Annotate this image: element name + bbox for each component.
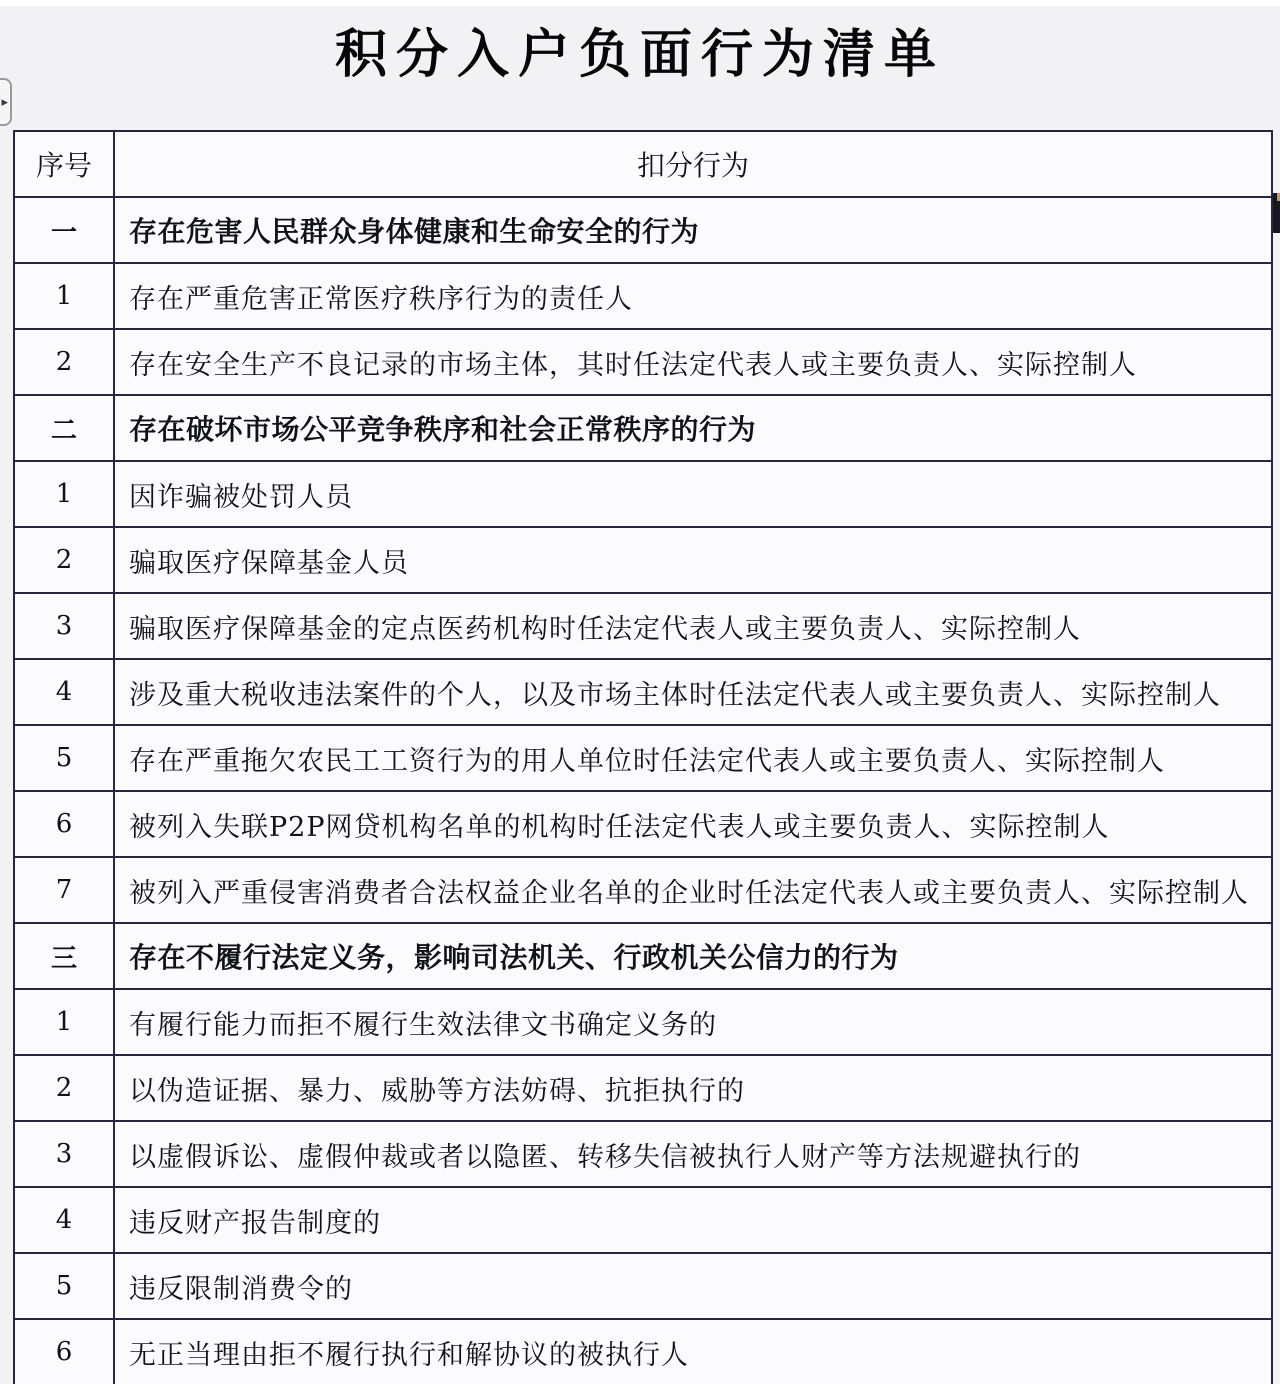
row-behavior: 存在严重拖欠农民工工资行为的用人单位时任法定代表人或主要负责人、实际控制人 xyxy=(114,725,1272,791)
row-number: 6 xyxy=(14,791,114,857)
row-number: 4 xyxy=(14,1187,114,1253)
table-row: 3 骗取医疗保障基金的定点医药机构时任法定代表人或主要负责人、实际控制人 xyxy=(14,593,1272,659)
row-number: 三 xyxy=(14,923,114,989)
row-behavior: 违反财产报告制度的 xyxy=(114,1187,1272,1253)
row-number: 1 xyxy=(14,263,114,329)
row-behavior: 有履行能力而拒不履行生效法律文书确定义务的 xyxy=(114,989,1272,1055)
table-row: 7 被列入严重侵害消费者合法权益企业名单的企业时任法定代表人或主要负责人、实际控… xyxy=(14,857,1272,923)
row-behavior: 存在安全生产不良记录的市场主体，其时任法定代表人或主要负责人、实际控制人 xyxy=(114,329,1272,395)
table-row: 2 骗取医疗保障基金人员 xyxy=(14,527,1272,593)
row-behavior: 以虚假诉讼、虚假仲裁或者以隐匿、转移失信被执行人财产等方法规避执行的 xyxy=(114,1121,1272,1187)
row-number: 3 xyxy=(14,1121,114,1187)
row-behavior: 骗取医疗保障基金人员 xyxy=(114,527,1272,593)
table-row: 6 无正当理由拒不履行执行和解协议的被执行人 xyxy=(14,1319,1272,1384)
table-row: 2 存在安全生产不良记录的市场主体，其时任法定代表人或主要负责人、实际控制人 xyxy=(14,329,1272,395)
row-number: 1 xyxy=(14,989,114,1055)
row-number: 5 xyxy=(14,725,114,791)
page-title: 积分入户负面行为清单 xyxy=(0,12,1280,87)
row-behavior: 涉及重大税收违法案件的个人，以及市场主体时任法定代表人或主要负责人、实际控制人 xyxy=(114,659,1272,725)
row-behavior: 骗取医疗保障基金的定点医药机构时任法定代表人或主要负责人、实际控制人 xyxy=(114,593,1272,659)
row-number: 7 xyxy=(14,857,114,923)
row-behavior: 无正当理由拒不履行执行和解协议的被执行人 xyxy=(114,1319,1272,1384)
row-behavior: 以伪造证据、暴力、威胁等方法妨碍、抗拒执行的 xyxy=(114,1055,1272,1121)
table-row: 2 以伪造证据、暴力、威胁等方法妨碍、抗拒执行的 xyxy=(14,1055,1272,1121)
table-row: 1 因诈骗被处罚人员 xyxy=(14,461,1272,527)
table-row: 3 以虚假诉讼、虚假仲裁或者以隐匿、转移失信被执行人财产等方法规避执行的 xyxy=(14,1121,1272,1187)
row-number: 4 xyxy=(14,659,114,725)
row-number: 6 xyxy=(14,1319,114,1384)
table-row-section: 二 存在破坏市场公平竞争秩序和社会正常秩序的行为 xyxy=(14,395,1272,461)
header-behavior: 扣分行为 xyxy=(114,131,1272,197)
negative-behavior-table: 序号 扣分行为 一 存在危害人民群众身体健康和生命安全的行为 1 存在严重危害正… xyxy=(13,130,1273,1384)
row-behavior: 违反限制消费令的 xyxy=(114,1253,1272,1319)
table-header-row: 序号 扣分行为 xyxy=(14,131,1272,197)
table-row: 1 有履行能力而拒不履行生效法律文书确定义务的 xyxy=(14,989,1272,1055)
row-behavior: 被列入严重侵害消费者合法权益企业名单的企业时任法定代表人或主要负责人、实际控制人 xyxy=(114,857,1272,923)
table-row: 4 涉及重大税收违法案件的个人，以及市场主体时任法定代表人或主要负责人、实际控制… xyxy=(14,659,1272,725)
row-behavior: 存在危害人民群众身体健康和生命安全的行为 xyxy=(114,197,1272,263)
table-row-section: 一 存在危害人民群众身体健康和生命安全的行为 xyxy=(14,197,1272,263)
table-row: 6 被列入失联P2P网贷机构名单的机构时任法定代表人或主要负责人、实际控制人 xyxy=(14,791,1272,857)
table-row-section: 三 存在不履行法定义务，影响司法机关、行政机关公信力的行为 xyxy=(14,923,1272,989)
row-number: 二 xyxy=(14,395,114,461)
row-number: 3 xyxy=(14,593,114,659)
row-number: 2 xyxy=(14,527,114,593)
row-behavior: 存在不履行法定义务，影响司法机关、行政机关公信力的行为 xyxy=(114,923,1272,989)
row-behavior: 存在严重危害正常医疗秩序行为的责任人 xyxy=(114,263,1272,329)
row-behavior: 因诈骗被处罚人员 xyxy=(114,461,1272,527)
row-number: 2 xyxy=(14,329,114,395)
header-serial-number: 序号 xyxy=(14,131,114,197)
panel-handle[interactable]: ▸ xyxy=(0,78,12,126)
row-number: 2 xyxy=(14,1055,114,1121)
chevron-right-icon: ▸ xyxy=(1,96,8,109)
row-number: 1 xyxy=(14,461,114,527)
row-number: 5 xyxy=(14,1253,114,1319)
document-page: 积分入户负面行为清单 ▸ 序号 扣分行为 一 存在危害人民群众身体健康和生命安全… xyxy=(0,0,1280,1384)
row-behavior: 被列入失联P2P网贷机构名单的机构时任法定代表人或主要负责人、实际控制人 xyxy=(114,791,1272,857)
row-number: 一 xyxy=(14,197,114,263)
table-row: 4 违反财产报告制度的 xyxy=(14,1187,1272,1253)
table-row: 5 违反限制消费令的 xyxy=(14,1253,1272,1319)
top-strip xyxy=(0,0,1280,6)
table-row: 5 存在严重拖欠农民工工资行为的用人单位时任法定代表人或主要负责人、实际控制人 xyxy=(14,725,1272,791)
table-row: 1 存在严重危害正常医疗秩序行为的责任人 xyxy=(14,263,1272,329)
row-behavior: 存在破坏市场公平竞争秩序和社会正常秩序的行为 xyxy=(114,395,1272,461)
